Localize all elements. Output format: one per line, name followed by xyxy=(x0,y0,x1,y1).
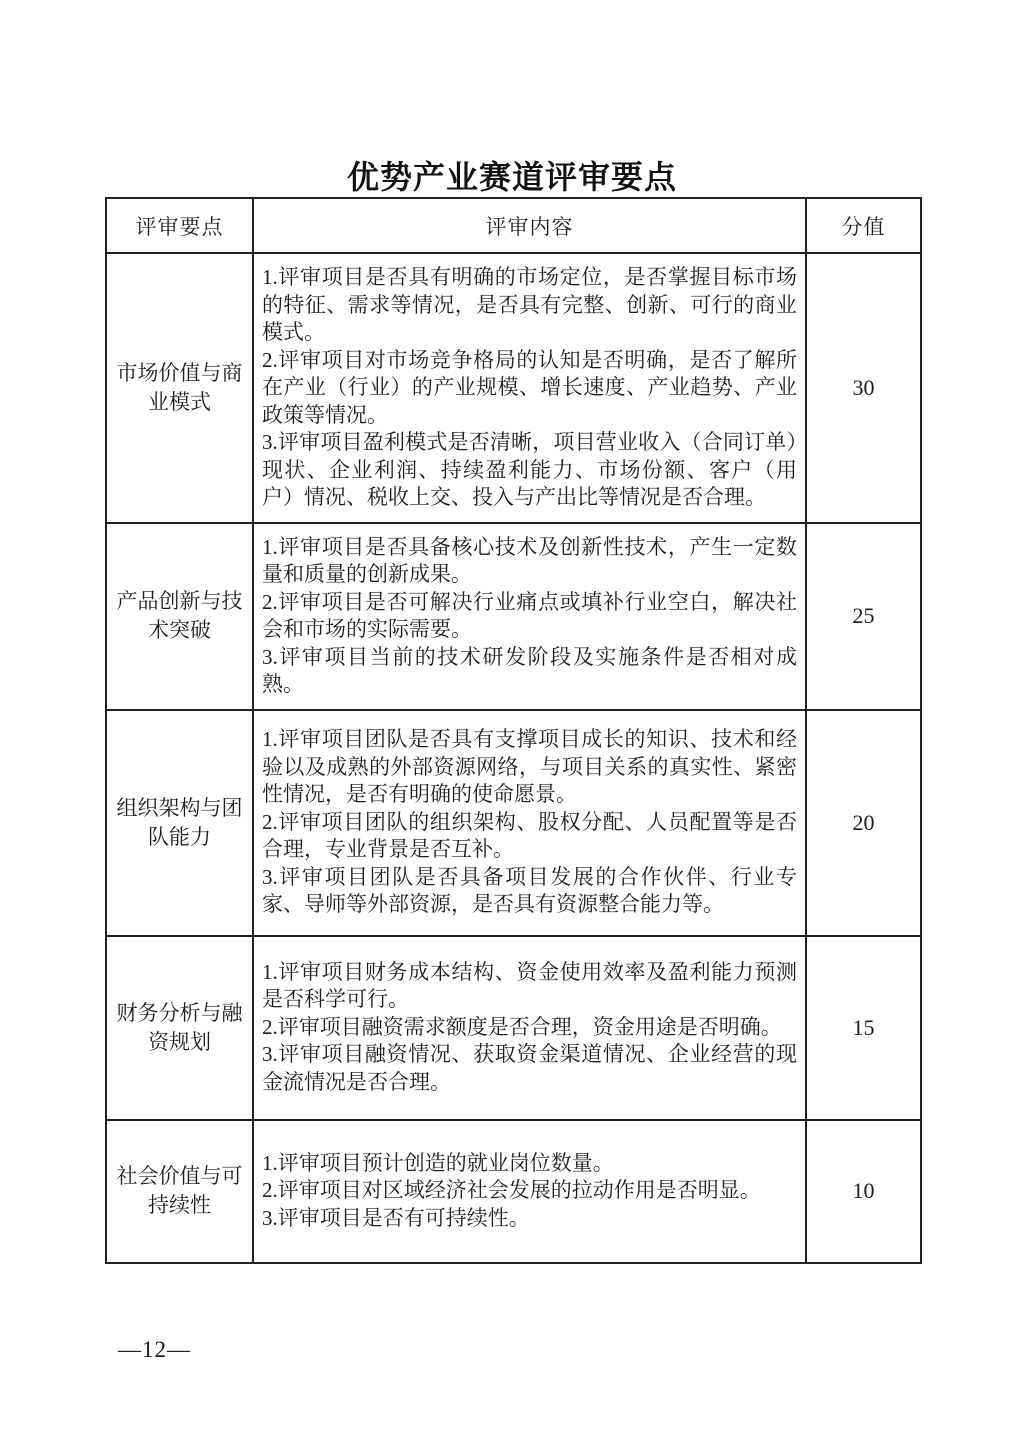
content-item: 2.评审项目融资需求额度是否合理，资金用途是否明确。 xyxy=(262,1014,797,1042)
score-cell: 25 xyxy=(806,523,921,710)
review-content-cell: 1.评审项目是否具有明确的市场定位，是否掌握目标市场的特征、需求等情况，是否具有… xyxy=(253,253,806,523)
header-review-point: 评审要点 xyxy=(106,198,253,253)
review-table: 评审要点 评审内容 分值 市场价值与商业模式 1.评审项目是否具有明确的市场定位… xyxy=(105,197,922,1264)
table-row-market-value: 市场价值与商业模式 1.评审项目是否具有明确的市场定位，是否掌握目标市场的特征、… xyxy=(106,253,921,523)
table-row-financial-analysis: 财务分析与融资规划 1.评审项目财务成本结构、资金使用效率及盈利能力预测是否科学… xyxy=(106,936,921,1120)
review-point-cell: 产品创新与技术突破 xyxy=(106,523,253,710)
table-row-social-value: 社会价值与可持续性 1.评审项目预计创造的就业岗位数量。 2.评审项目对区域经济… xyxy=(106,1120,921,1263)
table-row-organization-team: 组织架构与团队能力 1.评审项目团队是否具有支撑项目成长的知识、技术和经验以及成… xyxy=(106,710,921,936)
page-number: —12— xyxy=(118,1337,191,1363)
content-item: 3.评审项目是否有可持续性。 xyxy=(262,1205,797,1233)
page-title: 优势产业赛道评审要点 xyxy=(0,152,1024,198)
review-point-cell: 组织架构与团队能力 xyxy=(106,710,253,936)
review-content-cell: 1.评审项目团队是否具有支撑项目成长的知识、技术和经验以及成熟的外部资源网络，与… xyxy=(253,710,806,936)
content-item: 3.评审项目盈利模式是否清晰，项目营业收入（合同订单）现状、企业利润、持续盈利能… xyxy=(262,429,797,512)
table-row-product-innovation: 产品创新与技术突破 1.评审项目是否具备核心技术及创新性技术，产生一定数量和质量… xyxy=(106,523,921,710)
score-cell: 10 xyxy=(806,1120,921,1263)
content-item: 2.评审项目对区域经济社会发展的拉动作用是否明显。 xyxy=(262,1177,797,1205)
document-page: 优势产业赛道评审要点 评审要点 评审内容 分值 市场价值与商业模式 1.评审项目… xyxy=(0,0,1024,1448)
content-item: 1.评审项目预计创造的就业岗位数量。 xyxy=(262,1150,797,1178)
table-header-row: 评审要点 评审内容 分值 xyxy=(106,198,921,253)
score-cell: 15 xyxy=(806,936,921,1120)
review-content-cell: 1.评审项目预计创造的就业岗位数量。 2.评审项目对区域经济社会发展的拉动作用是… xyxy=(253,1120,806,1263)
content-item: 3.评审项目当前的技术研发阶段及实施条件是否相对成熟。 xyxy=(262,644,797,699)
content-item: 2.评审项目团队的组织架构、股权分配、人员配置等是否合理，专业背景是否互补。 xyxy=(262,809,797,864)
header-score: 分值 xyxy=(806,198,921,253)
review-content-cell: 1.评审项目是否具备核心技术及创新性技术，产生一定数量和质量的创新成果。 2.评… xyxy=(253,523,806,710)
content-item: 3.评审项目融资情况、获取资金渠道情况、企业经营的现金流情况是否合理。 xyxy=(262,1041,797,1096)
content-item: 3.评审项目团队是否具备项目发展的合作伙伴、行业专家、导师等外部资源，是否具有资… xyxy=(262,864,797,919)
review-point-cell: 财务分析与融资规划 xyxy=(106,936,253,1120)
content-item: 2.评审项目对市场竞争格局的认知是否明确，是否了解所在产业（行业）的产业规模、增… xyxy=(262,347,797,430)
content-item: 1.评审项目团队是否具有支撑项目成长的知识、技术和经验以及成熟的外部资源网络，与… xyxy=(262,726,797,809)
header-review-content: 评审内容 xyxy=(253,198,806,253)
review-point-cell: 社会价值与可持续性 xyxy=(106,1120,253,1263)
score-cell: 20 xyxy=(806,710,921,936)
score-cell: 30 xyxy=(806,253,921,523)
review-point-cell: 市场价值与商业模式 xyxy=(106,253,253,523)
content-item: 1.评审项目是否具备核心技术及创新性技术，产生一定数量和质量的创新成果。 xyxy=(262,534,797,589)
content-item: 1.评审项目是否具有明确的市场定位，是否掌握目标市场的特征、需求等情况，是否具有… xyxy=(262,264,797,347)
review-content-cell: 1.评审项目财务成本结构、资金使用效率及盈利能力预测是否科学可行。 2.评审项目… xyxy=(253,936,806,1120)
content-item: 1.评审项目财务成本结构、资金使用效率及盈利能力预测是否科学可行。 xyxy=(262,959,797,1014)
content-item: 2.评审项目是否可解决行业痛点或填补行业空白，解决社会和市场的实际需要。 xyxy=(262,589,797,644)
